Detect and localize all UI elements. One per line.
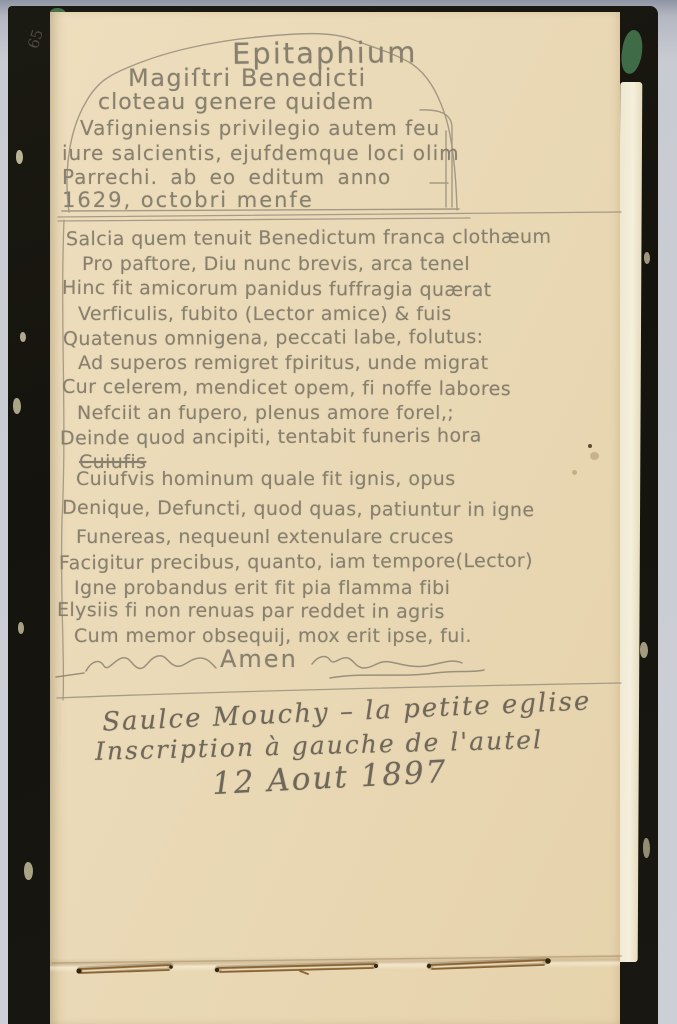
poem-line: Ad superos remigret fpiritus, unde migra… — [78, 352, 489, 374]
cover-wear-chip — [13, 398, 21, 414]
poem-line: Cur celerem, mendicet opem, fi noffe lab… — [62, 376, 511, 400]
cover-wear-chip — [643, 838, 650, 858]
poem-line: Salcia quem tenuit Benedictum franca clo… — [66, 226, 551, 251]
poem-line: Hinc fit amicorum panidus fuffragia quær… — [62, 277, 492, 301]
cover-wear-chip — [24, 862, 33, 880]
foxing-speck — [590, 452, 599, 460]
poem-line: Funereas, nequeunl extenulare cruces — [76, 526, 454, 548]
stone-line-7: 1629, octobri menfe — [62, 188, 314, 212]
cover-wear-chip — [644, 252, 650, 264]
poem-line: Cuiufvis hominum quale fit ignis, opus — [76, 468, 456, 490]
poem-line: Elysiis fi non renuas par reddet in agri… — [57, 599, 445, 623]
cover-wear-chip — [18, 622, 24, 634]
amen-text: Amen — [220, 645, 298, 673]
poem-line: Pro paftore, Diu nunc brevis, arca tenel — [82, 253, 470, 275]
poem-line: Deinde quod ancipiti, tentabit funeris h… — [60, 425, 482, 450]
poem-line: Denique, Defuncti, quod quas, patiuntur … — [62, 497, 535, 521]
stone-line-3: cloteau genere quidem — [98, 90, 374, 115]
poem-line: Verficulis, fubito (Lector amice) & fuis — [78, 303, 452, 325]
photographed-notebook-page: 65 Epitaphium Magiſtri Benedicti cloteau… — [0, 0, 677, 1024]
poem-line: Nefciit an fupero, plenus amore forel,; — [77, 402, 454, 424]
cover-wear-chip — [640, 642, 648, 658]
stone-line-5: iure salcientis, ejufdemque loci olim — [62, 141, 460, 165]
poem-line: Igne probandus erit fit pia flamma fibi — [74, 577, 450, 599]
cover-wear-chip — [20, 332, 26, 342]
stone-line-6: Parrechi. ab eo editum anno — [62, 165, 391, 189]
foxing-speck — [588, 444, 592, 448]
stone-line-4: Vafigniensis privilegio autem feu — [80, 116, 440, 140]
poem-line: Facigitur precibus, quanto, iam tempore(… — [59, 550, 533, 574]
poem-line: Cum memor obsequij, mox erit ipse, fui. — [74, 625, 472, 647]
cover-wear-chip — [16, 150, 23, 164]
poem-line: Quatenus omnigena, peccati labe, folutus… — [63, 326, 484, 350]
stone-line-2: Magiſtri Benedicti — [128, 64, 367, 92]
foxing-speck — [572, 470, 577, 475]
